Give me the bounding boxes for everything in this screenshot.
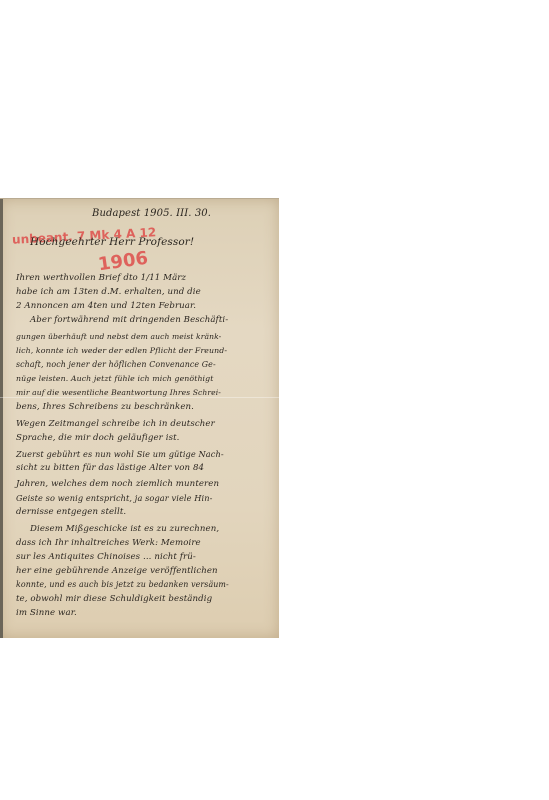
red-year-annotation: 1906	[97, 248, 150, 276]
body-line: dernisse entgegen stellt.	[16, 507, 126, 517]
body-line: dass ich Ihr inhaltreiches Werk: Memoire	[16, 538, 201, 548]
body-line: sur les Antiquites Chinoises ... nicht f…	[16, 552, 196, 562]
body-line: Sprache, die mir doch geläufiger ist.	[16, 433, 179, 443]
body-line: her eine gebührende Anzeige veröffentlic…	[16, 566, 218, 576]
body-line: sicht zu bitten für das lästige Alter vo…	[16, 463, 204, 473]
body-line: nüge leisten. Auch jetzt fühle ich mich …	[16, 374, 213, 383]
salutation: Hochgeehrter Herr Professor!	[30, 236, 194, 248]
body-line: 2 Annoncen am 4ten und 12ten Februar.	[16, 301, 196, 311]
body-line: Diesem Mißgeschicke ist es zu zurechnen,	[30, 524, 219, 534]
body-line: Aber fortwährend mit dringenden Beschäft…	[30, 315, 228, 325]
letter-page: Budapest 1905. III. 30. unbeant. 7 Mk 4 …	[0, 198, 279, 638]
fold-line	[0, 397, 279, 398]
body-line: Jahren, welches dem noch ziemlich munter…	[16, 479, 219, 489]
body-line: Wegen Zeitmangel schreibe ich in deutsch…	[16, 419, 215, 429]
body-line: Ihren werthvollen Brief dto 1/11 März	[16, 273, 186, 283]
body-line: konnte, und es auch bis jetzt zu bedanke…	[16, 580, 229, 589]
body-line: Geiste so wenig entspricht, ja sogar vie…	[16, 493, 212, 503]
body-line: schaft, noch jener der höflichen Convena…	[16, 360, 216, 369]
body-line: habe ich am 13ten d.M. erhalten, und die	[16, 287, 201, 297]
date-line: Budapest 1905. III. 30.	[92, 208, 211, 219]
body-line: gungen überhäuft und nebst dem auch meis…	[16, 332, 221, 341]
body-line: mir auf die wesentliche Beantwortung Ihr…	[16, 388, 221, 397]
body-line: lich, konnte ich weder der edlen Pflicht…	[16, 346, 227, 355]
page-edge	[0, 199, 3, 638]
body-line: bens, Ihres Schreibens zu beschränken.	[16, 402, 194, 412]
body-line: im Sinne war.	[16, 608, 77, 618]
body-line: Zuerst gebührt es nun wohl Sie um gütige…	[16, 449, 224, 459]
body-line: te, obwohl mir diese Schuldigkeit bestän…	[16, 594, 212, 604]
